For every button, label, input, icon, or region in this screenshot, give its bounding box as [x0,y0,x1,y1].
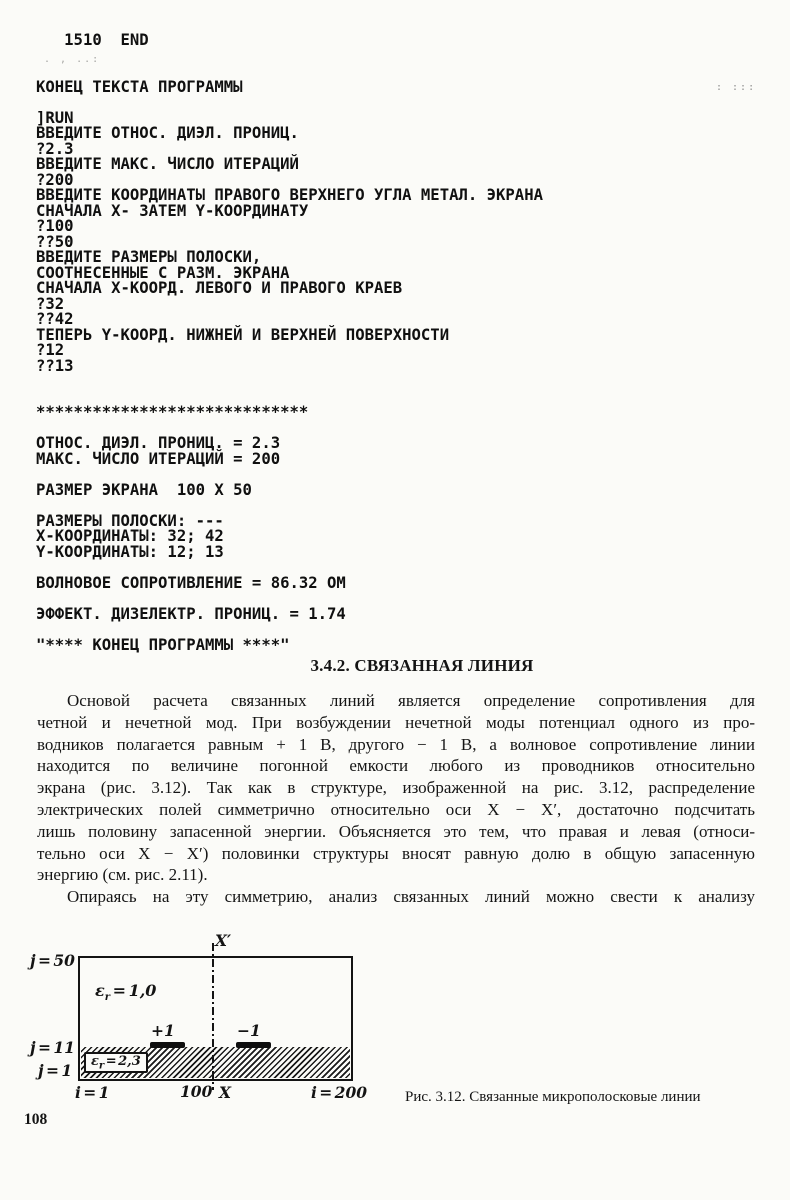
figure-label-epsilon-dielectric: εr = 2,3 [84,1052,148,1073]
program-line: МАКС. ЧИСЛО ИТЕРАЦИЙ = 200 [36,452,543,468]
figure-strip-plus [150,1042,185,1048]
epsilon-air-value: = 1,0 [110,981,156,1000]
figure-label-minus1: −1 [237,1021,261,1040]
figure-symmetry-axis-line [212,943,214,1090]
body-text-line: лишь половину запасенной энергии. Объясн… [37,821,755,843]
program-line: ВВЕДИТЕ ОТНОС. ДИЭЛ. ПРОНИЦ. [36,126,543,142]
body-text-line: энергию (см. рис. 2.11). [37,864,755,886]
body-text-line: четной и нечетной мод. При возбуждении н… [37,712,755,734]
figure-label-100: 100 [180,1082,212,1101]
program-line: СНАЧАЛА X-КООРД. ЛЕВОГО И ПРАВОГО КРАЕВ [36,281,543,297]
figure-label-j11: j = 11 [30,1038,75,1057]
figure-label-j50: j = 50 [30,951,75,970]
program-line: КОНЕЦ ТЕКСТА ПРОГРАММЫ [36,80,543,96]
figure-label-x: X [219,1083,231,1102]
epsilon-symbol: ε [91,1054,99,1069]
body-text: Основой расчета связанных линий является… [37,690,755,908]
page-number: 108 [24,1111,47,1129]
program-line [36,374,543,390]
figure-label-j1: j = 1 [38,1061,72,1080]
epsilon-dielectric-value: = 2,3 [104,1054,141,1069]
program-line: 1510 END [36,33,543,49]
program-line: ТЕПЕРЬ Y-КООРД. НИЖНЕЙ И ВЕРХНЕЙ ПОВЕРХН… [36,328,543,344]
figure-caption: Рис. 3.12. Связанные микрополосковые лин… [405,1089,701,1106]
program-line: Y-КООРДИНАТЫ: 12; 13 [36,545,543,561]
body-text-line: экрана (рис. 3.12). Так как в структуре,… [37,777,755,799]
program-line [36,95,543,111]
figure-label-plus1: +1 [151,1021,175,1040]
body-text-line: электрических полей симметрично относите… [37,799,755,821]
program-line: СНАЧАЛА X- ЗАТЕМ Y-КООРДИНАТУ [36,204,543,220]
figure-3-12: X′ j = 50 j = 11 j = 1 εr = 1,0 +1 −1 εr… [20,925,780,1115]
body-text-line: водников полагается равным + 1 В, другог… [37,734,755,756]
program-line: ?32 [36,297,543,313]
figure-label-i200: i = 200 [311,1083,367,1102]
program-line: ?100 [36,219,543,235]
figure-label-x-prime: X′ [215,931,231,950]
figure-label-epsilon-air: εr = 1,0 [95,981,156,1003]
program-line: ?12 [36,343,543,359]
program-line: ??13 [36,359,543,375]
program-line: ЭФФЕКТ. ДИЗЕЛЕКТР. ПРОНИЦ. = 1.74 [36,607,543,623]
scan-artifact: : ::: [716,82,756,93]
figure-strip-minus [236,1042,271,1048]
figure-label-i1: i = 1 [75,1083,109,1102]
epsilon-symbol: ε [95,981,105,1000]
program-line [36,49,543,65]
program-line: "**** КОНЕЦ ПРОГРАММЫ ****" [36,638,543,654]
body-text-line: находится по величине погонной емкости л… [37,755,755,777]
body-text-line: Основой расчета связанных линий является… [37,690,755,712]
body-text-line: тельно оси X − X′) половинки структуры в… [37,843,755,865]
body-text-line: Опираясь на эту симметрию, анализ связан… [37,886,755,908]
program-output: 1510 END КОНЕЦ ТЕКСТА ПРОГРАММЫ ]RUNВВЕД… [36,33,543,653]
program-line: ВОЛНОВОЕ СОПРОТИВЛЕНИЕ = 86.32 ОМ [36,576,543,592]
program-line: ВВЕДИТЕ МАКС. ЧИСЛО ИТЕРАЦИЙ [36,157,543,173]
book-page: . , ..: : ::: 1510 END КОНЕЦ ТЕКСТА ПРОГ… [0,0,790,1200]
section-heading: 3.4.2. СВЯЗАННАЯ ЛИНИЯ [0,656,790,676]
program-line: ***************************** [36,405,543,421]
program-line: РАЗМЕР ЭКРАНА 100 X 50 [36,483,543,499]
